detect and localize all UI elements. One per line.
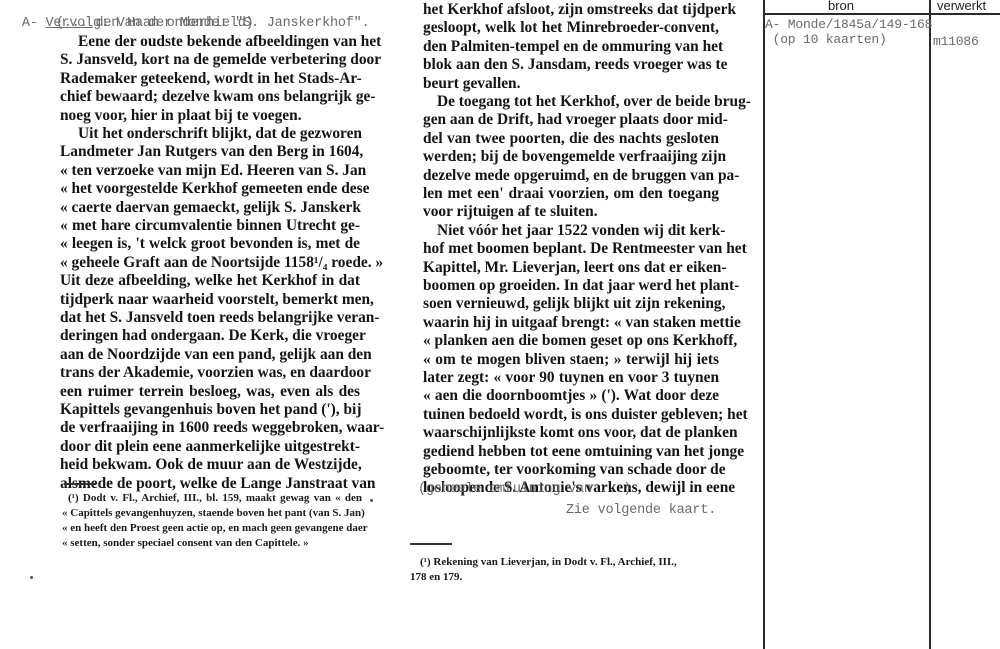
text-line: « caerte daervan gemaeckt, gelijk S. Jan…: [60, 199, 360, 217]
text-line: « het voorgestelde Kerkhof gemeeten ende…: [60, 180, 360, 198]
typed-continuation: (geheele omtuining van ...): [418, 482, 631, 497]
footnote-line: (¹) Dodt v. Fl., Archief, III., bl. 159,…: [68, 492, 362, 504]
text-line: trans der Akademie, voorzien was, en daa…: [60, 364, 360, 382]
header-subtitle: (... den Haan onderhield): [56, 16, 254, 31]
text-line: Eene der oudste bekende afbeeldingen van…: [78, 33, 360, 51]
column-header-verwerkt: verwerkt: [937, 0, 986, 13]
text-line: een ruimer terrein besloeg, was, even al…: [60, 383, 360, 401]
text-line: De toegang tot het Kerkhof, over de beid…: [437, 93, 719, 111]
text-line: dezelve mede opgeruimd, en de bruggen va…: [423, 167, 719, 185]
text-line: Kapittel, Mr. Lieverjan, leert ons dat e…: [423, 259, 719, 277]
text-line: geboomte, ter voorkoming van schade door…: [423, 461, 719, 479]
text-line: noeg voor, hier in plaat bij te voegen.: [60, 107, 302, 125]
text-line: het Kerkhof afsloot, zijn omstreeks dat …: [423, 1, 719, 19]
text-line: Rademaker geteekend, wordt in het Stads-…: [60, 70, 360, 88]
text-line: Uit deze afbeelding, welke het Kerkhof i…: [60, 272, 360, 290]
text-line: werden; bij de bovengemelde verfraaijing…: [423, 148, 719, 166]
text-line: « om te mogen bliven staen; » terwijl hi…: [423, 351, 719, 369]
text-line: gediend hebben tot eene omtuining van he…: [423, 443, 719, 461]
text-line: Niet vóór het jaar 1522 vonden wij dit k…: [437, 222, 719, 240]
footnote-line: « en heeft den Proest geen actie op, en …: [62, 522, 362, 534]
table-column-divider: [929, 0, 931, 649]
text-line: S. Jansveld, kort na de gemelde verbeter…: [60, 51, 360, 69]
table-header-rule: [763, 13, 1000, 15]
text-line: de verfraaijing in 1600 reeds weggebroke…: [60, 419, 360, 437]
text-line: alsmede de poort, welke de Lange Janstra…: [60, 475, 360, 493]
text-line: « leegen is, 't welck groot bevonden is,…: [60, 235, 360, 253]
header-prefix: A-: [22, 16, 38, 31]
footnote-line: (¹) Rekening van Lieverjan, in Dodt v. F…: [420, 556, 677, 568]
text-line: gesloopt, welk lot het Minrebroeder-conv…: [423, 19, 719, 37]
right-column: het Kerkhof afsloot, zijn omstreeks dat …: [423, 0, 719, 500]
text-line: del van twee poorten, die des nachts ges…: [423, 130, 719, 148]
text-line: heid bekwam. Ook de muur aan de Westzijd…: [60, 456, 360, 474]
footnote-line: « Capittels gevangenhuyzen, staende bove…: [62, 507, 362, 519]
text-line: den Palmiten-tempel en de ommuring van h…: [423, 38, 719, 56]
text-line: dat het S. Jansveld toen reeds belangrij…: [60, 309, 360, 327]
text-line: « met hare circumvalentie binnen Utrecht…: [60, 217, 360, 235]
bron-line: (op 10 kaarten): [765, 32, 887, 47]
speck-mark: [370, 499, 373, 502]
text-line: tuinen bedoeld wordt, is ons duister geb…: [423, 406, 719, 424]
text-line: Landmeter Jan Rutgers van den Berg in 16…: [60, 143, 360, 161]
footnote-rule-right: [410, 543, 452, 545]
text-line: later zegt: « voor 90 tuynen en voor 3 t…: [423, 369, 719, 387]
text-line: deringen had ondergaan. De Kerk, die vro…: [60, 327, 360, 345]
footnote-line: 178 en 179.: [410, 571, 462, 583]
footnote-rule-left: [64, 483, 96, 485]
text-line: tijdperk naar waarheid voorstelt, bemerk…: [60, 291, 360, 309]
text-line: waarin hij in uitgaaf brengt: « van stak…: [423, 314, 719, 332]
text-line: waarschijnlijkste komt ons voor, dat de …: [423, 424, 719, 442]
text-line: Uit het onderschrift blijkt, dat de gezw…: [78, 125, 360, 143]
text-line: aan de Noordzijde van een pand, gelijk a…: [60, 346, 360, 364]
text-line: boomen op groeiden. In dat jaar werd het…: [423, 277, 719, 295]
text-line: Kapittels gevangenhuis boven het pand ('…: [60, 401, 360, 419]
text-line: « geheele Graft aan de Noortsijde 1158¹/…: [60, 254, 360, 272]
text-line: gen aan de Drift, had vroeger plaats doo…: [423, 111, 719, 129]
text-line: « ten verzoeke van mijn Ed. Heeren van S…: [60, 162, 360, 180]
text-line: beurt gevallen.: [423, 75, 520, 93]
bron-line: A- Monde/1845a/149-168: [765, 17, 932, 32]
left-column: Eene der oudste bekende afbeeldingen van…: [60, 33, 360, 473]
text-line: chief bewaard; dezelve kwam ons belangri…: [60, 88, 360, 106]
text-line: soen vernieuwd, gelijk blijkt uit zijn r…: [423, 295, 719, 313]
speck-mark: [30, 576, 33, 579]
typed-next-card: Zie volgende kaart.: [566, 503, 716, 518]
column-header-bron: bron: [828, 0, 854, 13]
text-line: « aen die doornboomtjes » ('). Wat door …: [423, 387, 719, 405]
text-line: « planken aen die bomen geset op ons Ker…: [423, 332, 719, 350]
text-line: len met een' draai voorzien, om den toeg…: [423, 185, 719, 203]
footnote-line: « setten, sonder speciael consent van de…: [62, 537, 309, 549]
text-line: door dit plein eene aanmerkelijke uitges…: [60, 438, 360, 456]
table-left-border: [763, 0, 765, 649]
verwerkt-value: m11086: [933, 34, 979, 49]
text-line: blok aan den S. Jansdam, reeds vroeger w…: [423, 56, 719, 74]
text-line: hof met boomen beplant. De Rentmeester v…: [423, 240, 719, 258]
text-line: voor rijtuigen af te sluiten.: [423, 203, 598, 221]
